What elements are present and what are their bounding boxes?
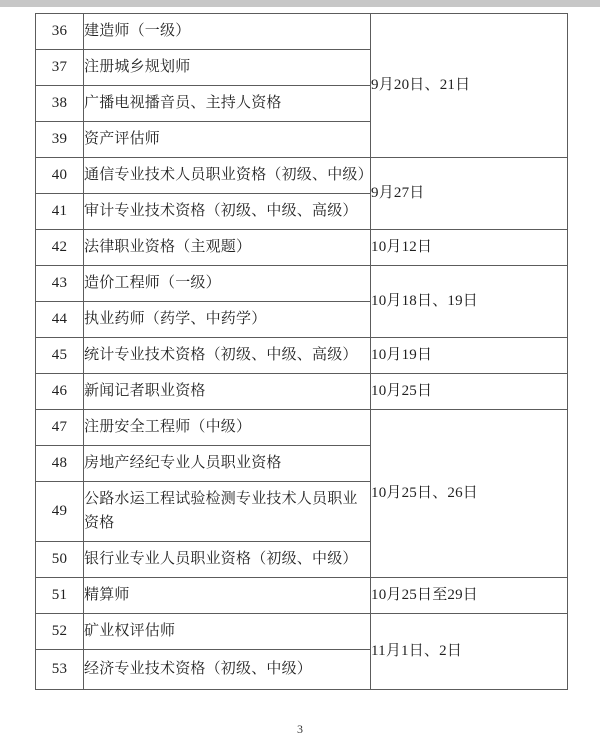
row-number: 43 bbox=[36, 266, 84, 302]
exam-date: 10月25日 bbox=[371, 374, 568, 410]
table-row: 47 注册安全工程师（中级） 10月25日、26日 bbox=[36, 410, 568, 446]
row-number: 47 bbox=[36, 410, 84, 446]
exam-name: 建造师（一级） bbox=[84, 14, 371, 50]
exam-date: 9月27日 bbox=[371, 158, 568, 230]
page-number: 3 bbox=[0, 722, 600, 737]
row-number: 45 bbox=[36, 338, 84, 374]
row-number: 41 bbox=[36, 194, 84, 230]
row-number: 53 bbox=[36, 650, 84, 690]
exam-name: 精算师 bbox=[84, 578, 371, 614]
exam-name: 统计专业技术资格（初级、中级、高级） bbox=[84, 338, 371, 374]
row-number: 46 bbox=[36, 374, 84, 410]
table-row: 52 矿业权评估师 11月1日、2日 bbox=[36, 614, 568, 650]
exam-date: 10月18日、19日 bbox=[371, 266, 568, 338]
exam-name: 造价工程师（一级） bbox=[84, 266, 371, 302]
exam-name: 法律职业资格（主观题） bbox=[84, 230, 371, 266]
exam-name: 注册城乡规划师 bbox=[84, 50, 371, 86]
exam-date: 11月1日、2日 bbox=[371, 614, 568, 690]
row-number: 36 bbox=[36, 14, 84, 50]
table-row: 42 法律职业资格（主观题） 10月12日 bbox=[36, 230, 568, 266]
exam-name: 经济专业技术资格（初级、中级） bbox=[84, 650, 371, 690]
exam-name: 审计专业技术资格（初级、中级、高级） bbox=[84, 194, 371, 230]
document-page: { "page_number": "3", "colors": { "borde… bbox=[0, 0, 600, 743]
exam-date: 10月25日、26日 bbox=[371, 410, 568, 578]
exam-date: 10月12日 bbox=[371, 230, 568, 266]
table-row: 43 造价工程师（一级） 10月18日、19日 bbox=[36, 266, 568, 302]
exam-name: 银行业专业人员职业资格（初级、中级） bbox=[84, 542, 371, 578]
row-number: 38 bbox=[36, 86, 84, 122]
row-number: 51 bbox=[36, 578, 84, 614]
exam-name: 房地产经纪专业人员职业资格 bbox=[84, 446, 371, 482]
row-number: 44 bbox=[36, 302, 84, 338]
exam-name: 资产评估师 bbox=[84, 122, 371, 158]
row-number: 50 bbox=[36, 542, 84, 578]
exam-name: 通信专业技术人员职业资格（初级、中级） bbox=[84, 158, 371, 194]
row-number: 52 bbox=[36, 614, 84, 650]
exam-name: 广播电视播音员、主持人资格 bbox=[84, 86, 371, 122]
row-number: 48 bbox=[36, 446, 84, 482]
exam-date: 10月19日 bbox=[371, 338, 568, 374]
row-number: 39 bbox=[36, 122, 84, 158]
table-row: 46 新闻记者职业资格 10月25日 bbox=[36, 374, 568, 410]
exam-name: 矿业权评估师 bbox=[84, 614, 371, 650]
exam-name: 新闻记者职业资格 bbox=[84, 374, 371, 410]
row-number: 37 bbox=[36, 50, 84, 86]
exam-date: 9月20日、21日 bbox=[371, 14, 568, 158]
exam-date: 10月25日至29日 bbox=[371, 578, 568, 614]
exam-schedule-table: 36 建造师（一级） 9月20日、21日 37 注册城乡规划师 38 广播电视播… bbox=[35, 13, 568, 690]
row-number: 42 bbox=[36, 230, 84, 266]
row-number: 40 bbox=[36, 158, 84, 194]
exam-name: 执业药师（药学、中药学） bbox=[84, 302, 371, 338]
exam-name: 公路水运工程试验检测专业技术人员职业资格 bbox=[84, 482, 371, 542]
table-row: 51 精算师 10月25日至29日 bbox=[36, 578, 568, 614]
table-row: 45 统计专业技术资格（初级、中级、高级） 10月19日 bbox=[36, 338, 568, 374]
exam-name: 注册安全工程师（中级） bbox=[84, 410, 371, 446]
row-number: 49 bbox=[36, 482, 84, 542]
scan-edge-strip bbox=[0, 0, 600, 7]
table-row: 36 建造师（一级） 9月20日、21日 bbox=[36, 14, 568, 50]
table-row: 40 通信专业技术人员职业资格（初级、中级） 9月27日 bbox=[36, 158, 568, 194]
